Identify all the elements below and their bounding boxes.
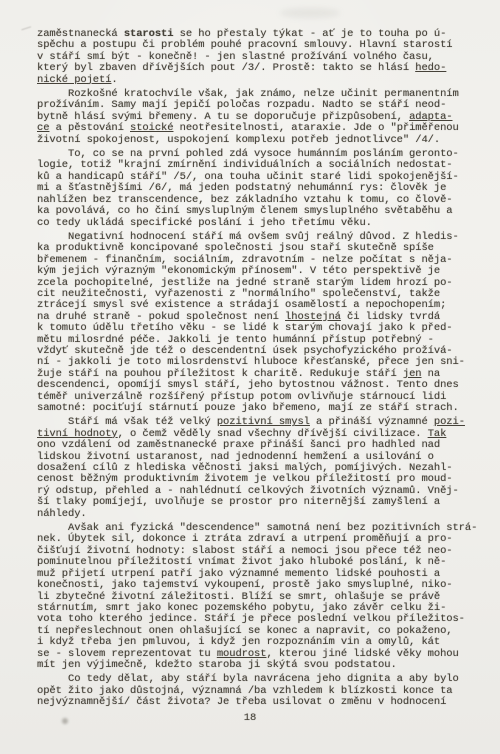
text-segment: či lidsky tvrdá k tomuto údělu třetího v…: [37, 311, 465, 380]
scanned-page: zaměstnanecká starosti se ho přestaly tý…: [0, 0, 500, 754]
text-segment: .: [111, 74, 117, 86]
text-segment: To, co se na první pohled zdá vysoce hum…: [37, 148, 459, 228]
underlined-text: lhostejná: [285, 311, 341, 323]
underlined-text: moudrost: [217, 648, 267, 660]
text-segment: Negativní hodnocení stáří má ovšem svůj …: [37, 231, 459, 323]
text-segment: Rozkošné kratochvíle však, jak známo, ne…: [37, 88, 459, 123]
underlined-text: Tak: [428, 428, 447, 440]
underlined-text: tivní hodnoty: [37, 428, 118, 440]
page-number: 18: [0, 712, 500, 724]
toner-haze-artifact: [280, 8, 340, 18]
paragraph: Avšak ani fyzická "descendence" samotná …: [37, 523, 489, 671]
document-text: zaměstnanecká starosti se ho přestaly tý…: [37, 29, 489, 712]
underlined-text: ce: [37, 122, 49, 134]
text-segment: Avšak ani fyzická "descendence" samotná …: [37, 522, 477, 659]
paragraph: Negativní hodnocení stáří má ovšem svůj …: [37, 232, 489, 415]
paragraph: Co tedy dělat, aby stáří byla navrácena …: [37, 674, 489, 708]
underlined-text: nické pojetí: [37, 74, 111, 86]
underlined-text: pozitivní smysl: [217, 416, 310, 428]
paragraph: To, co se na první pohled zdá vysoce hum…: [37, 149, 489, 229]
paragraph: Stáří má však též velký pozitivní smysl …: [37, 417, 489, 520]
text-segment: ono vzdálení od zaměstnanecké praxe přin…: [37, 439, 459, 519]
text-segment: Co tedy dělat, aby stáří byla navrácena …: [37, 673, 459, 708]
underlined-text: pozi-: [434, 416, 465, 428]
underlined-text: stoické: [130, 122, 173, 134]
text-segment: a přináší významné: [310, 416, 434, 428]
pen-mark-artifact: [19, 19, 31, 31]
text-segment: , o čemž věděly snad všechny dřívější ci…: [118, 428, 428, 440]
underlined-text: jen: [403, 368, 422, 380]
paragraph: zaměstnanecká starosti se ho přestaly tý…: [37, 29, 489, 86]
underlined-text: hedo-: [415, 62, 446, 74]
text-segment: Stáří má však též velký: [37, 416, 217, 428]
text-segment: a pěstování: [49, 122, 130, 134]
paragraph: Rozkošné kratochvíle však, jak známo, ne…: [37, 89, 489, 146]
